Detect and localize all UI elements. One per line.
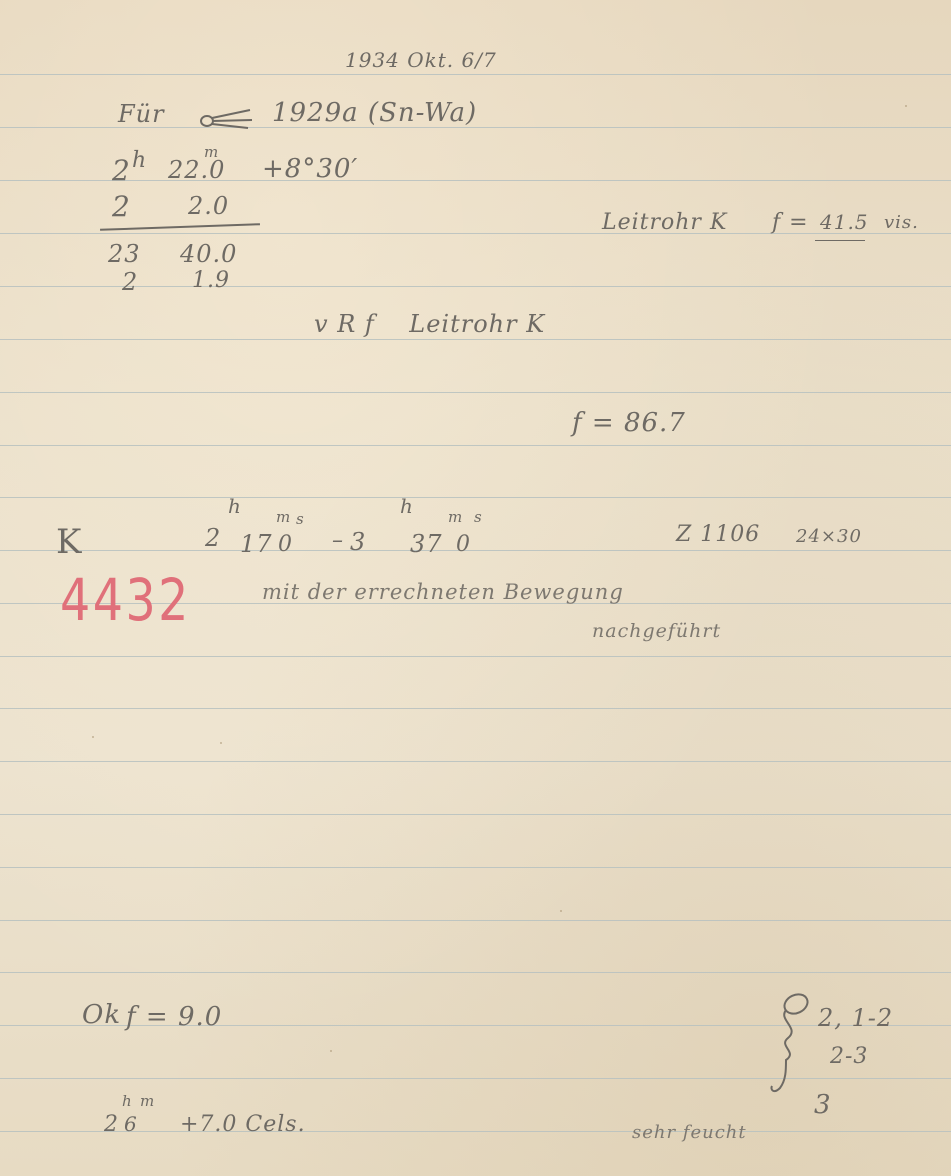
label-fuer: Für [118,100,165,128]
ruled-line [0,761,951,762]
end-hours: 3 [350,528,366,556]
ruled-line [0,814,951,815]
ruled-line [0,392,951,393]
ruled-line [0,920,951,921]
right-line-3: 3 [814,1090,832,1120]
row3-hours: 23 [108,240,141,268]
instrument-k: K [56,522,82,562]
ruled-line [0,339,951,340]
paper-speck [92,736,94,738]
f-value-underline [815,240,865,241]
humidity-note: sehr feucht [632,1122,747,1143]
header-date: 1934 Okt. 6/7 [345,48,497,72]
start-h-unit: h [228,494,241,518]
ruled-line [0,972,951,973]
paper-speck [560,910,562,912]
middle-line-vrf-leitrohr: v R f Leitrohr K [314,310,545,338]
end-m-unit: m [448,508,462,526]
sidereal-hours: 2 [104,1112,119,1137]
side-note-f-value: 41.5 [820,210,869,234]
row2-value: 2.0 [188,192,229,220]
sum-line [100,223,260,230]
ruled-line [0,550,951,551]
sidereal-minutes: 6 [124,1112,138,1136]
notebook-page: 1934 Okt. 6/7 Für 1929a (Sn-Wa) 2 h 22.0… [0,0,951,1176]
end-seconds: 0 [456,532,471,557]
side-note-f-label: f = [772,210,809,235]
row1-hour-unit: h [132,148,146,173]
row1-minute-unit: m [204,143,218,161]
end-h-unit: h [400,494,413,518]
ruled-line [0,1131,951,1132]
end-s-unit: s [474,508,482,526]
start-m-unit: m [276,508,290,526]
middle-line-f: f = 86.7 [572,408,686,438]
remark-line-1: mit der errechneten Bewegung [262,580,624,604]
row2-hours: 2 [112,190,131,223]
ocular-label: Ok [82,1000,121,1030]
row1-ra-hours: 2 [112,154,131,187]
start-hours: 2 [205,524,221,552]
paper-speck [330,1050,332,1052]
ruled-line [0,497,951,498]
sun-brace-icon [770,990,810,1100]
ruled-line [0,74,951,75]
remark-line-2: nachgeführt [592,620,721,642]
end-minutes: 37 [410,530,443,558]
row4-value: 1.9 [192,268,230,293]
start-seconds: 0 [278,532,293,557]
ruled-line [0,445,951,446]
row1-declination: +8°30′ [262,154,358,184]
plate-number-red: 4432 [60,566,191,634]
side-note-vis: vis. [884,212,919,233]
ruled-line [0,656,951,657]
right-line-2: 2-3 [830,1044,868,1069]
start-minutes: 17 [240,530,273,558]
comet-designation: 1929a (Sn-Wa) [272,98,477,128]
paper-speck [220,742,222,744]
sidereal-m-unit: m [140,1092,154,1110]
ocular-focal-length: f = 9.0 [126,1002,222,1032]
row3-value: 40.0 [180,240,237,268]
ruled-line [0,180,951,181]
paper-speck [905,105,907,107]
temperature: +7.0 Cels. [180,1112,306,1137]
plate-size: 24×30 [796,526,862,547]
ruled-line [0,867,951,868]
time-separator: – [332,528,344,553]
row4-hours: 2 [122,268,138,296]
sidereal-h-unit: h [122,1092,132,1110]
comet-icon [198,104,258,132]
plate-type: Z 1106 [676,522,760,547]
ruled-line [0,286,951,287]
start-s-unit: s [296,510,304,528]
side-note-leitrohr: Leitrohr K [602,210,727,235]
right-line-1: 2, 1-2 [818,1004,893,1032]
ruled-line [0,708,951,709]
